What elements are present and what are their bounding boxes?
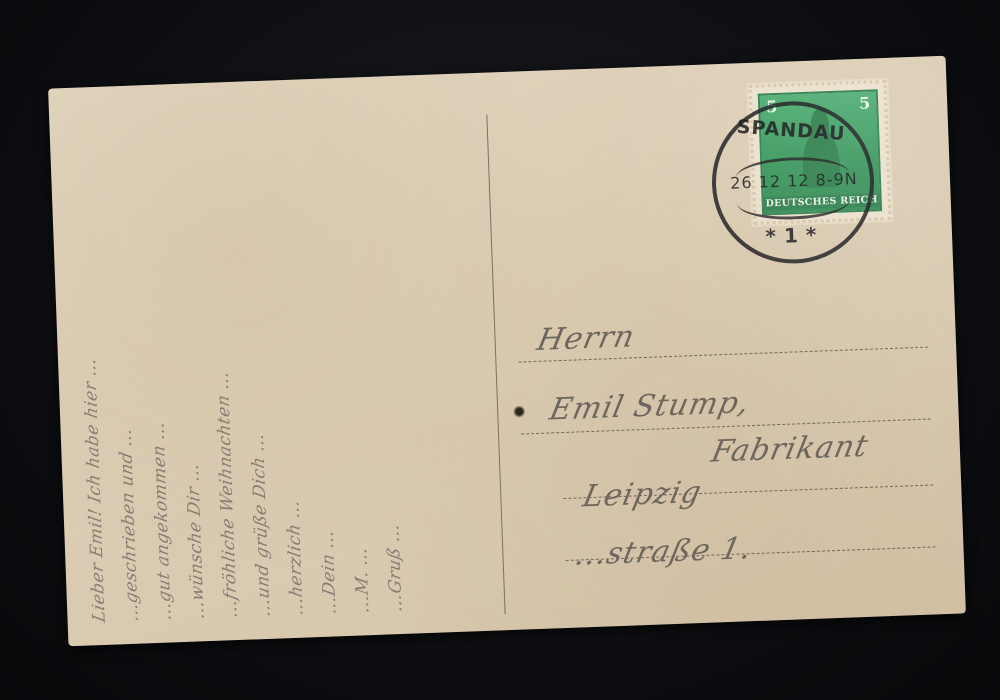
- address-salutation: Herrn: [534, 319, 638, 358]
- address-title: Fabrikant: [708, 429, 872, 470]
- address-street: ...straße 1.: [572, 531, 756, 573]
- postmark: SPANDAU 26 12 12 8-9N *1*: [709, 98, 877, 266]
- message-area: Lieber Emil! Ich habe hier ... ...geschr…: [58, 83, 497, 633]
- address-block: Herrn Emil Stump, Fabrikant Leipzig ...s…: [507, 306, 957, 612]
- stamp-value: 5: [859, 94, 871, 113]
- address-name: Emil Stump,: [546, 385, 753, 428]
- postcard: Lieber Emil! Ich habe hier ... ...geschr…: [48, 56, 966, 647]
- address-city: Leipzig: [580, 475, 705, 515]
- postmark-office: *1*: [718, 221, 873, 251]
